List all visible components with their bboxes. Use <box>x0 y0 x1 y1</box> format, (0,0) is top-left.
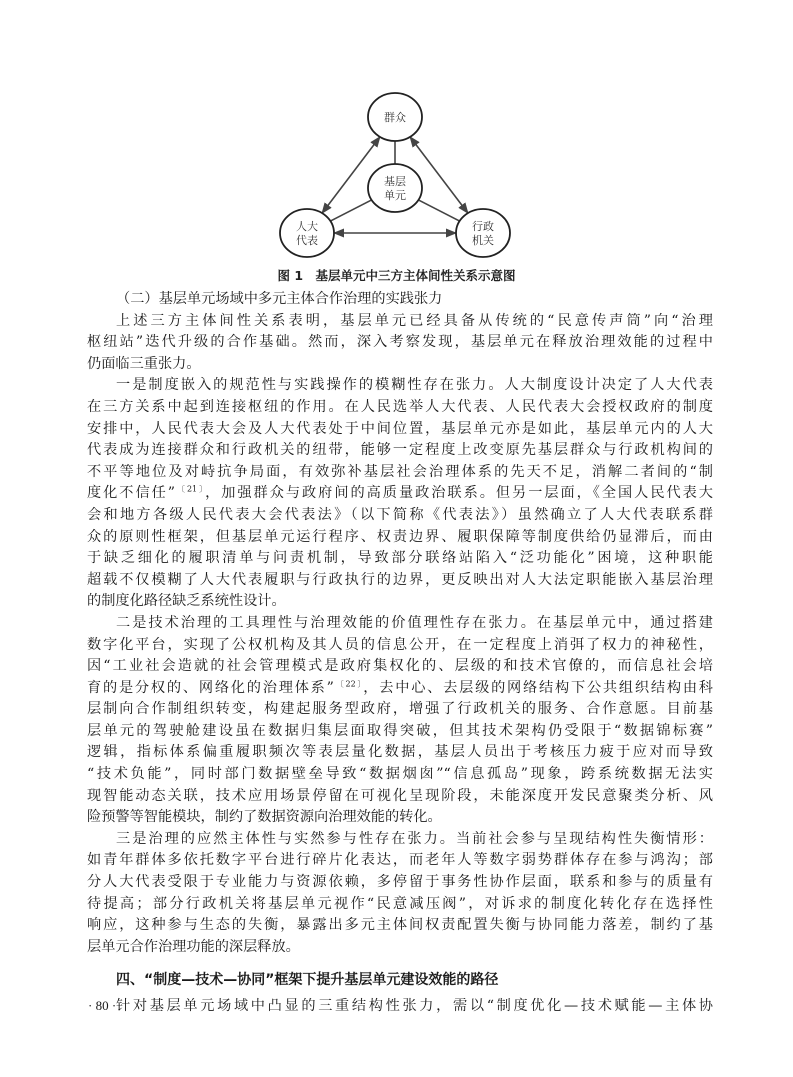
paragraphs: 上述三方主体间性关系表明，基层单元已经具备从传统的“民意传声筒”向“治理枢纽站”… <box>87 311 713 959</box>
text-line: 如青年群体多依托数字平台进行碎片化表达，而老年人等数字弱势群体存在参与鸿沟；部 <box>87 850 713 872</box>
paragraph: 上述三方主体间性关系表明，基层单元已经具备从传统的“民意传声筒”向“治理枢纽站”… <box>87 311 713 376</box>
node-masses: 群众 <box>368 93 422 141</box>
text-line: 险预警等智能模块，制约了数据资源向治理效能的转化。 <box>87 807 713 829</box>
paragraph: 三是治理的应然主体性与实然参与性存在张力。当前社会参与呈现结构性失衡情形：如青年… <box>87 829 713 959</box>
citation-marker: 〔21〕 <box>175 485 205 494</box>
text-line: 层制向合作制组织转变，构建起服务型政府，增强了行政机关的服务、合作意愿。目前基 <box>87 699 713 721</box>
diagram-svg: 群众基层单元人大代表行政机关 <box>0 0 793 270</box>
paragraph: 二是技术治理的工具理性与治理效能的价值理性存在张力。在基层单元中，通过搭建数字化… <box>87 613 713 829</box>
svg-text:机关: 机关 <box>472 233 494 247</box>
node-grassroots-unit: 基层单元 <box>368 164 422 212</box>
node-npc-deputies: 人大代表 <box>280 209 334 257</box>
node-administrative-organs: 行政机关 <box>456 209 510 257</box>
text-line: 上述三方主体间性关系表明，基层单元已经具备从传统的“民意传声筒”向“治理 <box>87 311 713 333</box>
text-line: 的制度化路径缺乏系统性设计。 <box>87 591 713 613</box>
text-line: 代表成为连接群众和行政机关的纽带，能够一定程度上改变原先基层群众与行政机构间的 <box>87 440 713 462</box>
text-line: 数字化平台，实现了公权机构及其人员的信息公开，在一定程度上消弭了权力的神秘性， <box>87 635 713 657</box>
text-line: 仍面临三重张力。 <box>87 354 713 376</box>
text-line: 因“工业社会造就的社会管理模式是政府集权化的、层级的和技术官僚的，而信息社会培 <box>87 656 713 678</box>
edge-grassroots-unit-npc-deputies <box>330 200 371 221</box>
text-line: 会和地方各级人民代表大会代表法》（以下简称《代表法》）虽然确立了人大代表联系群 <box>87 505 713 527</box>
page-number: · 80 · <box>88 998 116 1014</box>
svg-text:人大: 人大 <box>296 219 318 233</box>
text-line: 响应，这种参与生态的失衡，暴露出多元主体间权责配置失衡与协同能力落差，制约了基 <box>87 915 713 937</box>
text-line: 现智能动态关联，技术应用场景停留在可视化呈现阶段，未能深度开发民意聚类分析、风 <box>87 786 713 808</box>
text-line: 分人大代表受限于专业能力与资源依赖，多停留于事务性协作层面，联系和参与的质量有 <box>87 872 713 894</box>
text-line: 枢纽站”迭代升级的合作基础。然而，深入考察发现，基层单元在释放治理效能的过程中 <box>87 332 713 354</box>
text-line: 三是治理的应然主体性与实然参与性存在张力。当前社会参与呈现结构性失衡情形： <box>87 829 713 851</box>
text-line: 层单元的驾驶舱建设虽在数据归集层面取得突破，但其技术架构仍受限于“数据锦标赛” <box>87 721 713 743</box>
text-line: 待提高；部分行政机关将基层单元视作“民意减压阀”，对诉求的制度化转化存在选择性 <box>87 894 713 916</box>
subsection-title: （二）基层单元场域中多元主体合作治理的实践张力 <box>87 289 713 311</box>
text-line: “技术负能”，同时部门数据壁垒导致“数据烟囱”“信息孤岛”现象，跨系统数据无法实 <box>87 764 713 786</box>
svg-text:基层: 基层 <box>384 174 406 188</box>
text-line: 育的是分权的、网络化的治理体系”〔22〕，去中心、去层级的网络结构下公共组织结构… <box>87 678 713 700</box>
text-line: 超载不仅模糊了人大代表履职与行政执行的边界，更反映出对人大法定职能嵌入基层治理 <box>87 570 713 592</box>
figure-caption: 图 1 基层单元中三方主体间性关系示意图 <box>0 266 793 284</box>
section-heading: 四、“制度—技术—协同”框架下提升基层单元建设效能的路径 <box>87 962 713 996</box>
text-line: 于缺乏细化的履职清单与问责机制，导致部分联络站陷入“泛功能化”困境，这种职能 <box>87 548 713 570</box>
article-body: （二）基层单元场域中多元主体合作治理的实践张力 上述三方主体间性关系表明，基层单… <box>87 289 713 1018</box>
text-line: 逻辑，指标体系偏重履职频次等表层量化数据，基层人员出于考核压力疲于应对而导致 <box>87 742 713 764</box>
text-line: 众的原则性框架，但基层单元运行程序、权责边界、履职保障等制度供给仍显滞后，而由 <box>87 527 713 549</box>
svg-text:单元: 单元 <box>384 189 406 202</box>
final-paragraph-line: 针对基层单元场域中凸显的三重结构性张力，需以“制度优化—技术赋能—主体协 <box>87 996 713 1018</box>
svg-text:行政: 行政 <box>472 219 494 233</box>
paragraph: 一是制度嵌入的规范性与实践操作的模糊性存在张力。人大制度设计决定了人大代表在三方… <box>87 375 713 613</box>
edge-grassroots-unit-administrative-organs <box>418 200 459 221</box>
relationship-diagram: 群众基层单元人大代表行政机关 图 1 基层单元中三方主体间性关系示意图 <box>0 0 793 290</box>
text-line: 层单元合作治理功能的深层释放。 <box>87 937 713 959</box>
text-line: 安排中，人民代表大会及人大代表处于中间位置，基层单元亦是如此，基层单元内的人大 <box>87 419 713 441</box>
citation-marker: 〔22〕 <box>334 679 363 688</box>
text-line: 二是技术治理的工具理性与治理效能的价值理性存在张力。在基层单元中，通过搭建 <box>87 613 713 635</box>
text-line: 一是制度嵌入的规范性与实践操作的模糊性存在张力。人大制度设计决定了人大代表 <box>87 375 713 397</box>
text-line: 不平等地位及对峙抗争局面，有效弥补基层社会治理体系的先天不足，消解二者间的“制 <box>87 462 713 484</box>
svg-text:群众: 群众 <box>384 110 406 124</box>
svg-text:代表: 代表 <box>296 233 318 247</box>
text-line: 度化不信任”〔21〕，加强群众与政府间的高质量政治联系。但另一层面，《全国人民代… <box>87 483 713 505</box>
text-line: 在三方关系中起到连接枢纽的作用。在人民选举人大代表、人民代表大会授权政府的制度 <box>87 397 713 419</box>
